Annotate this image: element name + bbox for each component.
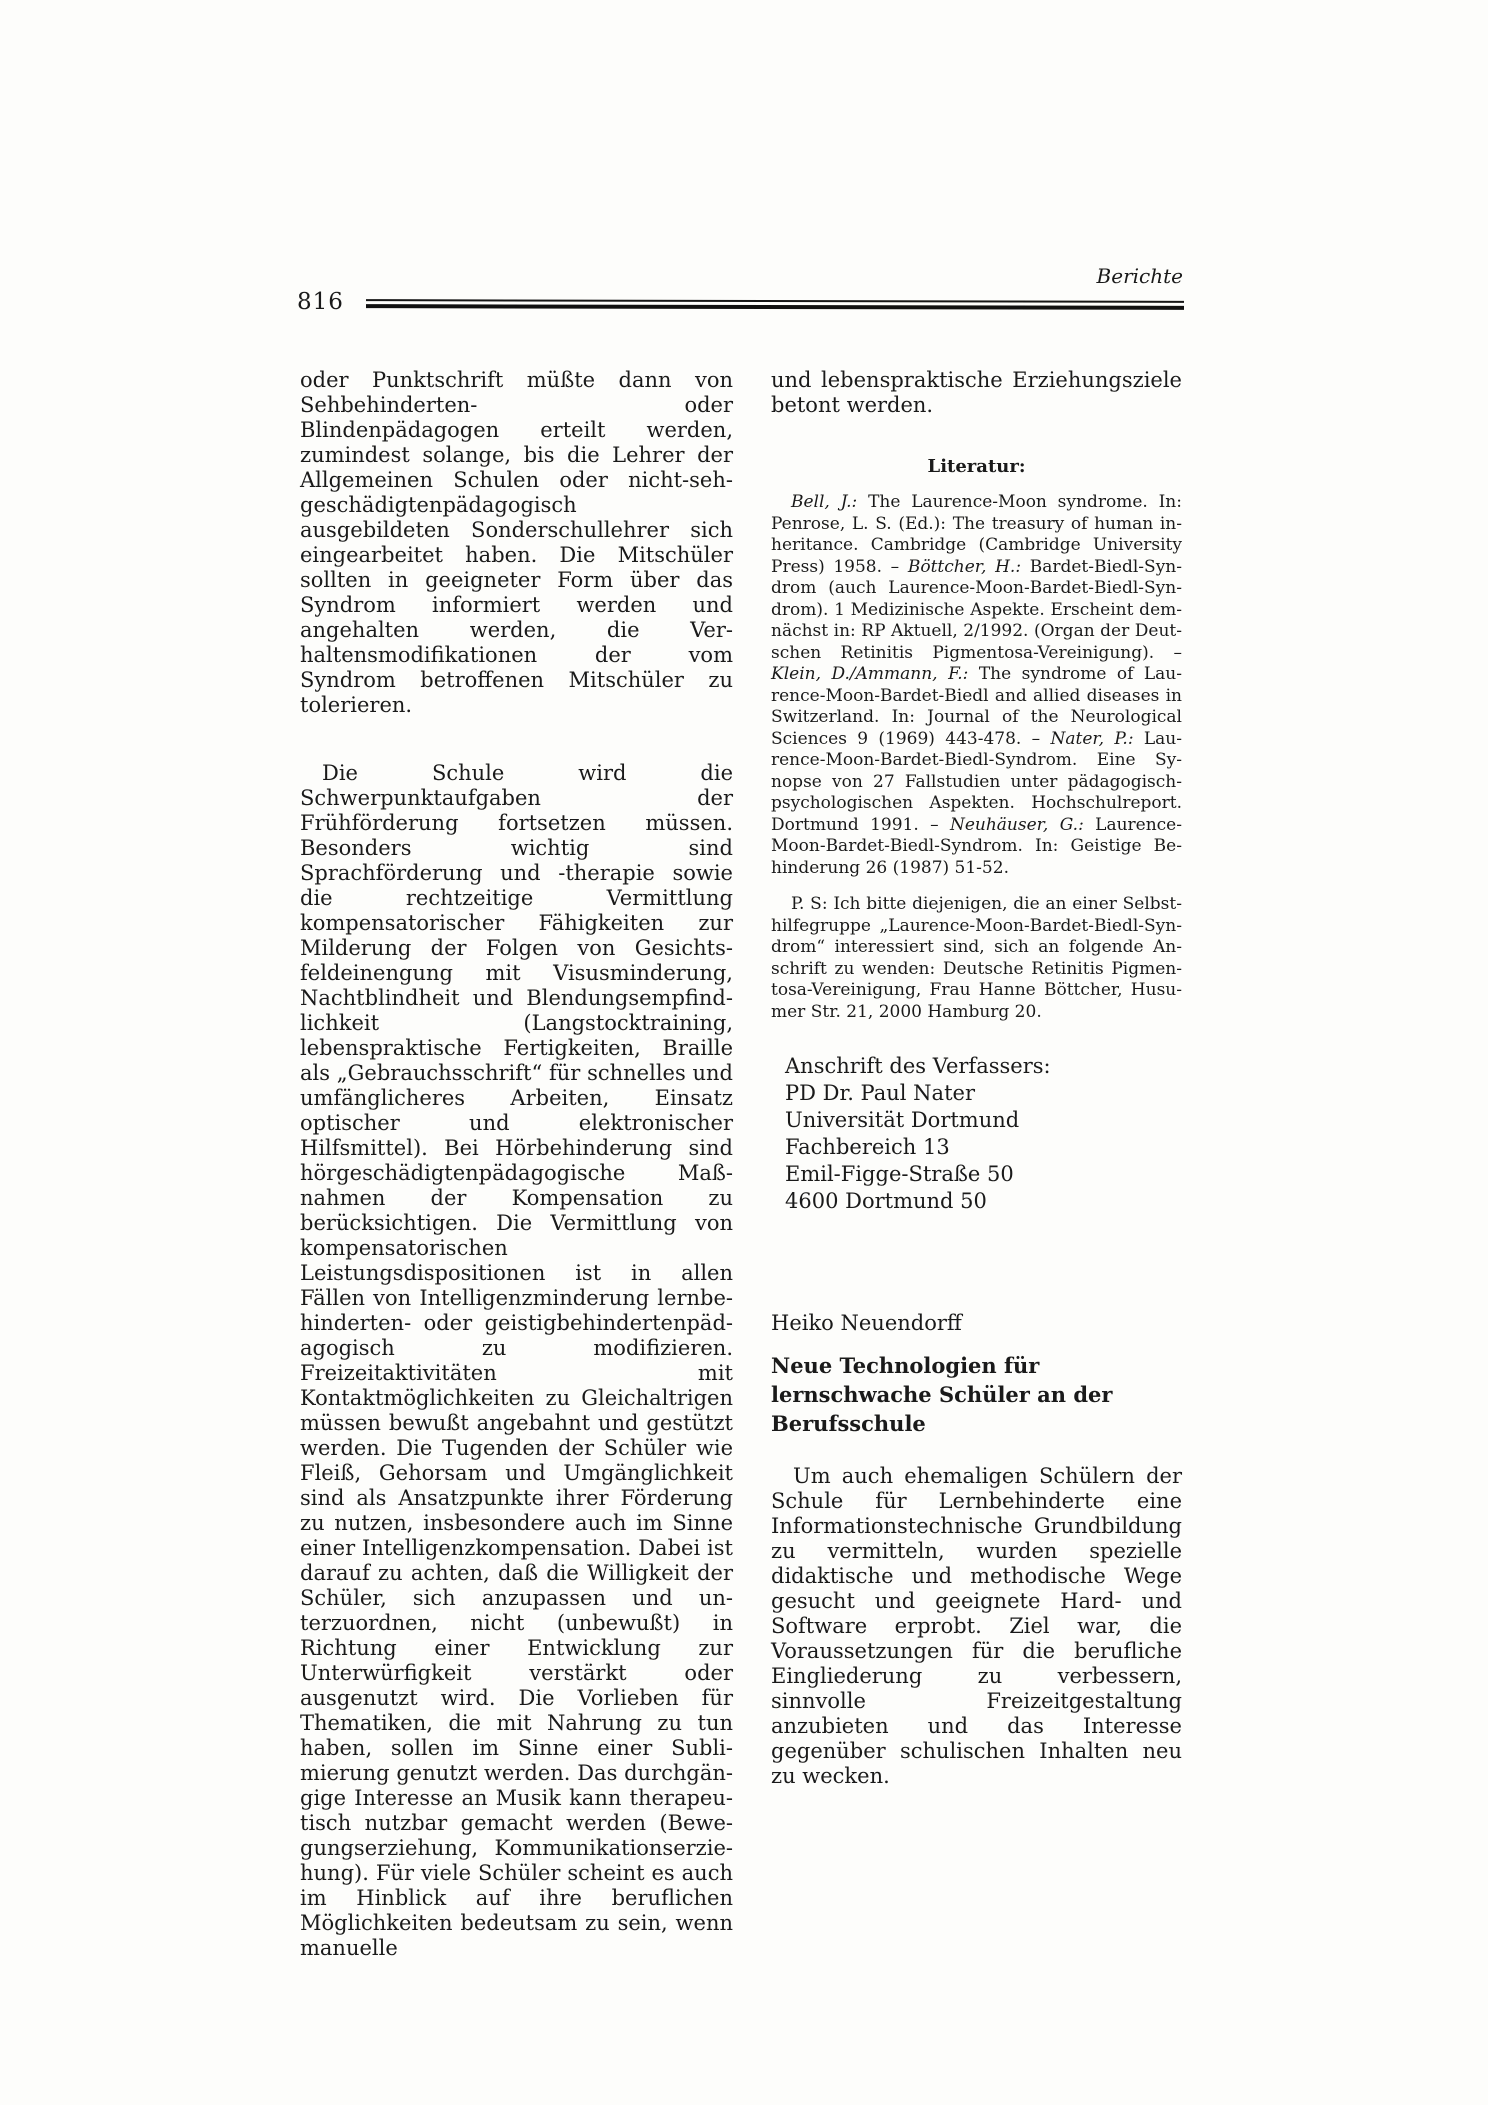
reference-author: Nater, P.: <box>1051 729 1134 749</box>
address-label: Anschrift des Verfassers: <box>785 1053 1182 1080</box>
literature-references: Bell, J.: The Laurence-Moon syndrome. In… <box>771 492 1182 879</box>
page-number: 816 <box>297 290 344 314</box>
column-right: und lebenspraktische Erziehungsziele be­… <box>771 368 1182 1789</box>
reference-author: Klein, D./Ammann, F.: <box>771 664 968 684</box>
postscript: P. S: Ich bitte diejenigen, die an einer… <box>771 894 1182 1023</box>
running-head: Berichte <box>880 264 1183 288</box>
header-rule-thick <box>366 304 1184 310</box>
reference-author: Bell, J.: <box>791 492 857 512</box>
column-left: oder Punktschrift müßte dann von Sehbe­h… <box>300 368 733 1961</box>
address-line: 4600 Dortmund 50 <box>785 1188 1182 1215</box>
paragraph-continuation: oder Punktschrift müßte dann von Sehbe­h… <box>300 368 733 718</box>
header-rule <box>366 299 1184 310</box>
article-author: Heiko Neuendorff <box>771 1310 1182 1336</box>
address-line: PD Dr. Paul Nater <box>785 1080 1182 1107</box>
header-rule-thin <box>366 299 1184 303</box>
article-title: Neue Technologien für lernschwache Schül… <box>771 1351 1182 1438</box>
address-line: Emil-Figge-Straße 50 <box>785 1161 1182 1188</box>
address-line: Fachbereich 13 <box>785 1134 1182 1161</box>
reference-author: Neuhäuser, G.: <box>950 815 1084 835</box>
reference-author: Böttcher, H.: <box>908 557 1021 577</box>
author-address: Anschrift des Verfassers: PD Dr. Paul Na… <box>771 1053 1182 1215</box>
address-line: Universität Dortmund <box>785 1107 1182 1134</box>
journal-page: 816 Berichte oder Punktschrift müßte dan… <box>0 0 1488 2105</box>
paragraph-main: Die Schule wird die Schwerpunktaufga­ben… <box>300 761 733 1961</box>
article-paragraph: Um auch ehemaligen Schülern der Schule f… <box>771 1464 1182 1789</box>
literature-heading: Literatur: <box>771 455 1182 479</box>
paragraph-intro: und lebenspraktische Erziehungsziele be­… <box>771 368 1182 418</box>
